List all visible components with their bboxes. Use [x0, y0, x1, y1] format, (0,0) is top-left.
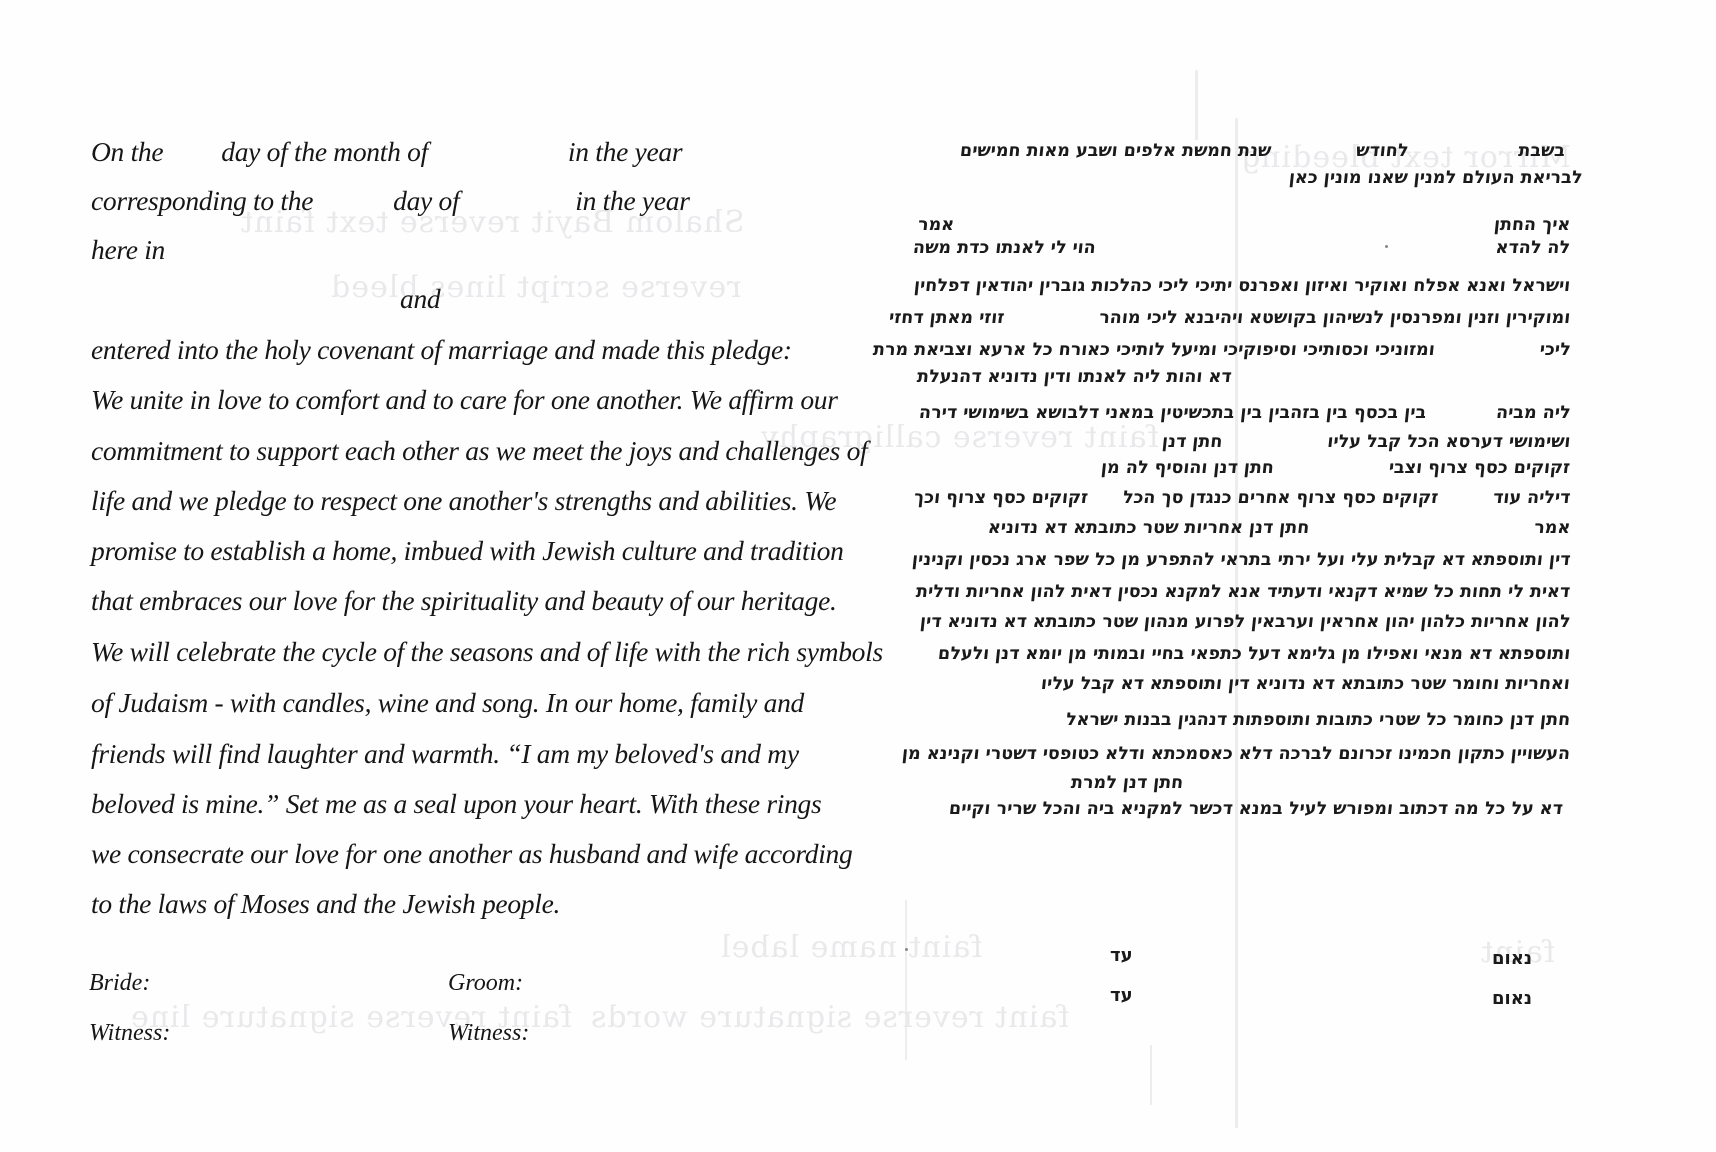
pledge-line: of Judaism - with candles, wine and song… [91, 689, 804, 717]
hebrew-signed-label-2: נאום [1492, 988, 1532, 1009]
hebrew-fragment: דא על כל מה דכתוב ומפורש לעיל במנא דכשר … [948, 799, 1564, 819]
date-line-1: On theday of the month ofin the year [91, 138, 682, 166]
hebrew-fragment: הוי לי לאנתו כדת משה [912, 238, 1097, 258]
hebrew-fragment: זוזי מאתן דחזי [888, 308, 1005, 328]
witness2-signature-label: Witness: [448, 1020, 529, 1047]
show-through-text: reverse script lines bleed [330, 270, 741, 305]
hebrew-line: ושימושי דערסא הכל קבל עליוחתן דנן [1161, 434, 1571, 452]
hebrew-line: איך החתןאמר [917, 217, 1571, 235]
label-day-of-month: day of the month of [221, 136, 428, 167]
hebrew-fragment: ותוספתא דא מנאי ואפילו מן גלימא דעל כתפא… [937, 644, 1571, 664]
hebrew-fragment: זקוקים כסף צרוף וצבי [1388, 458, 1571, 478]
hebrew-fragment: דיליה עוד [1492, 488, 1571, 508]
hebrew-line: אמרחתן דנן אחריות שטר כתובתא דא נדוניא [987, 520, 1571, 538]
label-on-the: On the [91, 136, 163, 167]
show-through-mark [1195, 70, 1198, 140]
witness1-signature-label: Witness: [89, 1020, 170, 1047]
hebrew-line: וישראל ואנא אפלח ואוקיר ואיזון ואפרנס ית… [913, 278, 1571, 296]
hebrew-line: בשבתלחודששנת חמשת אלפים ושבע מאות חמישים [959, 143, 1566, 161]
show-through-mark [905, 900, 907, 1060]
hebrew-line: לה להדאהוי לי לאנתו כדת משה [912, 240, 1571, 258]
hebrew-fragment: ושימושי דערסא הכל קבל עליו [1326, 432, 1571, 452]
pledge-line: to the laws of Moses and the Jewish peop… [91, 890, 560, 918]
hebrew-line: חתן דנן למרת [1070, 775, 1184, 793]
hebrew-witness-label-2: עד [1110, 985, 1133, 1006]
hebrew-fragment: לה להדא [1495, 238, 1571, 258]
hebrew-fragment: ואחריות וחומר שטר כתובתא דא נדוניא דין ו… [1040, 674, 1571, 694]
hebrew-line: ומוקירין וזנין ומפרנסין לנשיהון בקושטא ו… [888, 310, 1571, 328]
show-through-text: faint name label [720, 930, 982, 965]
hebrew-fragment: לבריאת העולם למנין שאנו מונין כאן [1288, 168, 1583, 188]
label-in-the-year: in the year [568, 136, 682, 167]
hebrew-fragment: אמר [917, 215, 955, 235]
hebrew-line: זקוקים כסף צרוף וצביחתן דנן והוסיף לה מן [1100, 460, 1571, 478]
show-through-mark [1150, 1045, 1152, 1105]
pledge-line: We will celebrate the cycle of the seaso… [91, 638, 883, 666]
hebrew-line: ותוספתא דא מנאי ואפילו מן גלימא דעל כתפא… [937, 646, 1571, 664]
pledge-line: we consecrate our love for one another a… [91, 840, 852, 868]
hebrew-fragment: לחודש [1355, 141, 1409, 161]
hebrew-line: לבריאת העולם למנין שאנו מונין כאן [1288, 170, 1583, 188]
hebrew-fragment: וישראל ואנא אפלח ואוקיר ואיזון ואפרנס ית… [913, 276, 1571, 296]
hebrew-fragment: דין ותוספתא דא קבלית עלי ועל ירתי בתראי … [911, 550, 1572, 570]
hebrew-fragment: חתן דנן למרת [1070, 773, 1184, 793]
pledge-line: friends will find laughter and warmth. “… [91, 740, 799, 768]
hebrew-line: ואחריות וחומר שטר כתובתא דא נדוניא דין ו… [1040, 676, 1571, 694]
pledge-line: life and we pledge to respect one anothe… [91, 487, 836, 515]
hebrew-fragment: שנת חמשת אלפים ושבע מאות חמישים [959, 141, 1272, 161]
hebrew-fragment: חתן דנן כחומר כל שטרי כתובות ותוספתות דנ… [1065, 710, 1571, 730]
hebrew-fragment: אמר [1533, 518, 1571, 538]
pledge-line: We unite in love to comfort and to care … [91, 386, 838, 414]
and-label: and [400, 285, 440, 313]
show-through-text: faint reverse signature words [590, 1000, 1069, 1035]
pledge-line: that embraces our love for the spiritual… [91, 587, 837, 615]
label-corresponding: corresponding to the [91, 185, 313, 216]
bride-signature-label: Bride: [89, 970, 150, 997]
ketubah-page: Shalom Bayit reverse text faint reverse … [0, 0, 1716, 1152]
hebrew-fragment: חתן דנן אחריות שטר כתובתא דא נדוניא [987, 518, 1310, 538]
pledge-line: promise to establish a home, imbued with… [91, 537, 844, 565]
hebrew-fragment: ומוקירין וזנין ומפרנסין לנשיהון בקושטא ו… [1098, 308, 1571, 328]
hebrew-fragment: חתן דנן [1161, 432, 1223, 452]
hebrew-fragment: בין בכסף בין בזהבין בין בתכשיטין במאני ד… [918, 403, 1427, 423]
hebrew-line: דיליה עודזקוקים כסף צרוף אחרים כנגדן סך … [913, 490, 1571, 508]
hebrew-line: חתן דנן כחומר כל שטרי כתובות ותוספתות דנ… [1065, 712, 1571, 730]
hebrew-line: ליכיומזוניכי וכסותיכי וסיפוקיכי ומיעל לו… [872, 342, 1571, 360]
date-line-2: corresponding to theday ofin the year [91, 187, 690, 215]
pledge-line: commitment to support each other as we m… [91, 437, 867, 465]
hebrew-fragment: ומזוניכי וכסותיכי וסיפוקיכי ומיעל לותיכי… [872, 340, 1436, 360]
speck [905, 948, 908, 951]
label-in-the-year-2: in the year [575, 185, 689, 216]
hebrew-line: דאית לי תחות כל שמיא דקנאי ודעתיד אנא למ… [915, 584, 1571, 602]
hebrew-fragment: בשבת [1517, 141, 1566, 161]
hebrew-line: העשויין כתקון חכמינו זכרונם לברכה דלא כא… [901, 746, 1571, 764]
hebrew-witness-label-1: עד [1110, 945, 1133, 966]
pledge-line: beloved is mine.” Set me as a seal upon … [91, 790, 821, 818]
label-here-in: here in [91, 234, 165, 265]
hebrew-fragment: דא והות ליה לאנתו ודין נדוניא דהנעלת [916, 367, 1233, 387]
hebrew-line: דא על כל מה דכתוב ומפורש לעיל במנא דכשר … [948, 801, 1564, 819]
hebrew-fragment: חתן דנן והוסיף לה מן [1100, 458, 1275, 478]
hebrew-line: להון אחריות כלהון יהון אחראין וערבאין לפ… [919, 614, 1571, 632]
groom-signature-label: Groom: [448, 970, 523, 997]
hebrew-line: ליה מביהבין בכסף בין בזהבין בין בתכשיטין… [918, 405, 1571, 423]
hebrew-line: דין ותוספתא דא קבלית עלי ועל ירתי בתראי … [911, 552, 1571, 570]
hebrew-fragment: איך החתן [1493, 215, 1571, 235]
hebrew-fragment: זקוקים כסף צרוף וכך [913, 488, 1089, 508]
pledge-line: entered into the holy covenant of marria… [91, 336, 792, 364]
hebrew-fragment: העשויין כתקון חכמינו זכרונם לברכה דלא כא… [901, 744, 1571, 764]
label-day-of: day of [393, 185, 459, 216]
hebrew-fragment: דאית לי תחות כל שמיא דקנאי ודעתיד אנא למ… [915, 582, 1571, 602]
place-line: here in [91, 236, 165, 264]
hebrew-fragment: ליכי [1538, 340, 1571, 360]
hebrew-line: דא והות ליה לאנתו ודין נדוניא דהנעלת [916, 369, 1232, 387]
hebrew-fragment: להון אחריות כלהון יהון אחראין וערבאין לפ… [919, 612, 1571, 632]
hebrew-fragment: זקוקים כסף צרוף אחרים כנגדן סך הכל [1122, 488, 1439, 508]
hebrew-fragment: ליה מביה [1495, 403, 1571, 423]
hebrew-signed-label-1: נאום [1492, 948, 1532, 969]
